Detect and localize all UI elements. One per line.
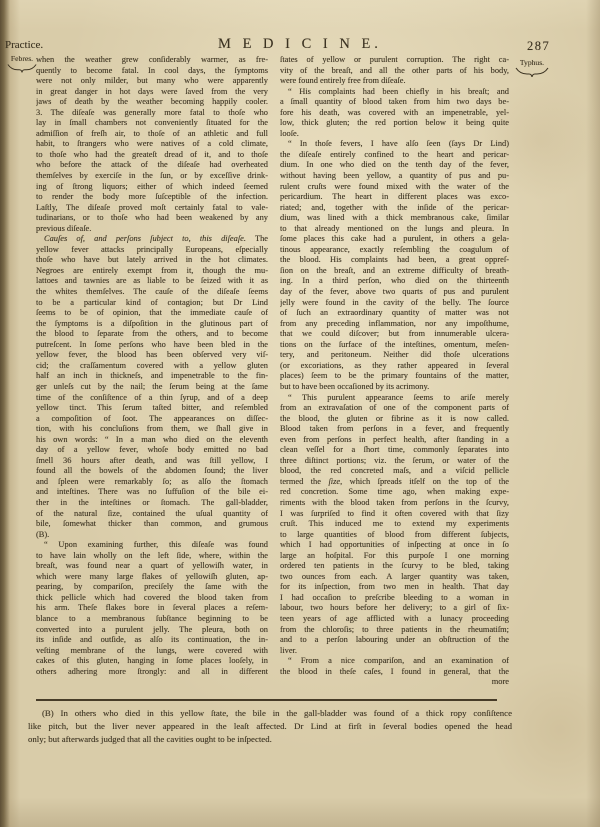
text-line: (or excoriations, as they rather appeare…: [280, 361, 509, 372]
text-line: of ſuch an extraordinary quantity of mat…: [280, 308, 509, 319]
text-line: were not only milder, but many who were …: [36, 76, 268, 87]
footnote: (B) In others who died in this yellow ſt…: [28, 707, 512, 746]
text-line: riments with the blood taken from perſon…: [280, 498, 509, 509]
text-line: vity of the breaſt, and all the other pa…: [280, 66, 509, 77]
text-line: to render the body more ſuſceptible of t…: [36, 192, 268, 203]
text-line: others adhering more ſtrongly: and all i…: [36, 667, 268, 678]
text-line: (B) In others who died in this yellow ſt…: [28, 707, 512, 720]
text-line: “ This purulent appearance ſeems to ariſ…: [280, 393, 509, 404]
text-line: ordered ten patients in the ſcurvy to be…: [280, 561, 509, 572]
text-line: the blood to ſeparate from the others, a…: [36, 329, 268, 340]
text-line: tinous appearance, exactly reſembling th…: [280, 245, 509, 256]
text-line: and inteſtines. There was no ſuffuſion o…: [36, 487, 268, 498]
text-line: tions on the ſurface of the inteſtines, …: [280, 340, 509, 351]
text-line: its inſide and outſide, as alſo its cont…: [36, 635, 268, 646]
text-line: veſting membrane of the lungs, were cove…: [36, 646, 268, 657]
text-line: bile, ſomewhat thicker than common, and …: [36, 519, 268, 530]
margin-note-typhus: Typhus.: [513, 59, 551, 77]
footnote-divider: [36, 699, 497, 701]
text-line: half an inch in thickneſs, and impenetra…: [36, 371, 268, 382]
text-line: of the natural ſize, contained the uſual…: [36, 509, 268, 520]
text-line: even from perſons in perfect health, aft…: [280, 435, 509, 446]
text-line: blood, the red concreted maſs, and a viſ…: [280, 466, 509, 477]
text-line: to large quantities of blood from differ…: [280, 530, 509, 541]
text-line: two ounces from each. A larger quantity …: [280, 572, 509, 583]
text-line: blance to a membranous ſubſtance beginni…: [36, 614, 268, 625]
text-line: ſeems to be of opinion, that the immedia…: [36, 308, 268, 319]
right-text-column: ſtates of yellow or purulent corruption.…: [280, 55, 509, 688]
text-line: rulent cruſts were found mixed with the …: [280, 182, 509, 193]
text-line: breaſt, was found near a quart of yellow…: [36, 561, 268, 572]
text-line: ger unleſs cut by the nail; the ſerum be…: [36, 382, 268, 393]
left-text-column: when the weather grew conſiderably warme…: [36, 55, 268, 677]
text-line: teen years of age afflicted with a lunac…: [280, 614, 509, 625]
text-line: his arm. Theſe flakes bore in ſeveral pl…: [36, 603, 268, 614]
text-line: yellow fever, the blood has been obſerve…: [36, 350, 268, 361]
text-line: labour, two hours before her delivery; t…: [280, 603, 509, 614]
text-line: day of the fever, above two quarts of pu…: [280, 287, 509, 298]
text-line: a compoſition of ſoot. The appearances o…: [36, 414, 268, 425]
text-line: dium, was lined with a thick membranous …: [280, 213, 509, 224]
text-line: “ From a nice compariſon, and an examina…: [280, 656, 509, 667]
text-line: lattoes and tawnies are as liable to be …: [36, 276, 268, 287]
margin-note-febres: Febres.: [4, 55, 40, 73]
text-line: jelly were found in the cavity of the be…: [280, 298, 509, 309]
text-line: to have lain wholly on the left ſide, wh…: [36, 551, 268, 562]
text-line: “ In thoſe fevers, I have alſo ſeen (ſay…: [280, 139, 509, 150]
text-line: “ His complaints had been chiefly in his…: [280, 87, 509, 98]
catchword: more: [280, 677, 509, 688]
running-header-practice: Practice.: [5, 39, 43, 51]
text-line: his own words: “ In a man who died on th…: [36, 435, 268, 446]
text-line: without having been yellow, a quantity o…: [280, 171, 509, 182]
text-line: red concretion. Some time ago, when maki…: [280, 487, 509, 498]
text-line: Cauſes of, and perſons ſubject to, this …: [36, 234, 268, 245]
text-line: like pitch, but the liver never appeared…: [28, 720, 512, 733]
text-line: liver.: [280, 646, 509, 657]
text-line: “ Upon examining further, this diſeaſe w…: [36, 540, 268, 551]
text-line: jaws of death by the weather becoming ha…: [36, 97, 268, 108]
text-line: and ſpleen were remarkably ſo; as alſo t…: [36, 477, 268, 488]
text-line: clean veſſel for a ſhort time, commonly …: [280, 445, 509, 456]
page-number: 287: [527, 39, 550, 54]
text-line: from an extravaſation of one of the comp…: [280, 403, 509, 414]
text-line: which were many large flakes of yellowiſ…: [36, 572, 268, 583]
text-line: yellow fever attacks principally Europea…: [36, 245, 268, 256]
underbrace-icon: [7, 63, 37, 73]
text-line: Negroes are entirely exempt from it, tho…: [36, 266, 268, 277]
text-line: the blood. His complaints had been, a gr…: [280, 255, 509, 266]
text-line: but to have been occaſioned by its acrim…: [280, 382, 509, 393]
text-line: found all the bowels of the abdomen ſoun…: [36, 466, 268, 477]
text-line: termed the ſize, which ſpreads itſelf on…: [280, 477, 509, 488]
text-line: the blood, the gluten or fibrine as it i…: [280, 414, 509, 425]
text-line: (B).: [36, 530, 268, 541]
text-line: to that already mentioned on the lungs a…: [280, 224, 509, 235]
text-line: to be a particular kind of contagion; bu…: [36, 298, 268, 309]
text-line: themſelves by exerciſe in the ſun, or by…: [36, 171, 268, 182]
underbrace-icon: [515, 67, 549, 77]
text-line: cid; the craſſamentum covered with a yel…: [36, 361, 268, 372]
text-line: putreſcent. In ſome perſons who have bee…: [36, 340, 268, 351]
text-line: the whites themſelves. The cauſe of the …: [36, 287, 268, 298]
text-line: lay in ſmall chambers not conveniently ſ…: [36, 118, 268, 129]
page-title: M E D I C I N E.: [90, 36, 510, 53]
text-line: in great danger in hot days were ſaved f…: [36, 87, 268, 98]
text-line: ing. In a third perſon, who died on the …: [280, 276, 509, 287]
text-line: tery, and peritoneum. Neither did thoſe …: [280, 350, 509, 361]
text-line: I had occaſion to preſcribe bleeding to …: [280, 593, 509, 604]
text-line: who before the attack of the diſeaſe had…: [36, 160, 268, 171]
text-line: low, thick gluten; the red portion below…: [280, 118, 509, 129]
text-line: three diſtinct portions; viz. the ſerum,…: [280, 456, 509, 467]
text-line: when the weather grew conſiderably warme…: [36, 55, 268, 66]
text-line: converted into a purulent jelly. The ple…: [36, 625, 268, 636]
text-line: fore his death, was covered with an impe…: [280, 108, 509, 119]
text-line: riated; and, together with the inſide of…: [280, 203, 509, 214]
text-line: day of a yellow fever, whoſe body emitte…: [36, 445, 268, 456]
text-line: were found entirely free from diſeaſe.: [280, 76, 509, 87]
text-line: looſe.: [280, 129, 509, 140]
text-line: ther in the inteſtines or ſtomach. The g…: [36, 498, 268, 509]
text-line: habit, to ſtrangers who were natives of …: [36, 139, 268, 150]
scanned-book-page: Practice. M E D I C I N E. 287 Febres. T…: [0, 0, 600, 827]
text-line: ing of ſtrong liquors; either of which i…: [36, 182, 268, 193]
text-line: time of the conſiſtence of a thin ſyrup,…: [36, 393, 268, 404]
text-line: yellow tinct. This ſerum taſted bitter, …: [36, 403, 268, 414]
text-line: cruſt. This induced me to extend my expe…: [280, 519, 509, 530]
text-line: ſtates of yellow or purulent corruption.…: [280, 55, 509, 66]
text-line: pearing, by compariſon, preciſely the ſa…: [36, 582, 268, 593]
text-line: a ſmall quantity of blood taken from him…: [280, 97, 509, 108]
text-line: cakes of this gluten, hanging in ſome pl…: [36, 656, 268, 667]
text-line: which I had opportunities of inſpecting …: [280, 540, 509, 551]
text-line: thoſe who have but lately arrived in the…: [36, 255, 268, 266]
text-line: Blood taken from perſons in a fever, and…: [280, 424, 509, 435]
text-line: from any preceding inflammation, nor any…: [280, 319, 509, 330]
text-line: large an hoſpital. For this purpoſe I on…: [280, 551, 509, 562]
text-line: tudinarians, or to thoſe who had been we…: [36, 213, 268, 224]
text-line: pericardium. The heart in different plac…: [280, 192, 509, 203]
text-line: that we could diſcover; but from innumer…: [280, 329, 509, 340]
text-line: only; but afterwards judged that all the…: [28, 733, 512, 746]
margin-note-label: Typhus.: [520, 58, 544, 67]
text-line: tion, with his concluſions from them, we…: [36, 424, 268, 435]
text-line: from the chloroſis; to three patients in…: [280, 625, 509, 636]
text-line: admiſſion of freſh air, to thoſe of an a…: [36, 129, 268, 140]
text-line: to thoſe who had the greateſt dread of i…: [36, 150, 268, 161]
text-line: the blood in theſe caſes, I found in gen…: [280, 667, 509, 678]
text-line: quently to become fatal. In cool days, t…: [36, 66, 268, 77]
margin-note-label: Febres.: [11, 54, 33, 63]
text-line: thick pellicle which had covered the blo…: [36, 593, 268, 604]
text-line: ſome places this cake had a purulent, in…: [280, 234, 509, 245]
text-line: previous diſeaſe.: [36, 224, 268, 235]
text-line: Laſtly, The diſeaſe proved moſt certainl…: [36, 203, 268, 214]
text-line: the diſeaſe entirely confined to the hea…: [280, 150, 509, 161]
text-line: ſion on the breaſt, and an extreme diffi…: [280, 266, 509, 277]
text-line: dium. In one who died on the tenth day o…: [280, 160, 509, 171]
text-line: the ſymptoms is a diſpoſition in the glu…: [36, 319, 268, 330]
text-line: and to a perſon labouring under an obſtr…: [280, 635, 509, 646]
text-line: ſmell 36 hours after death, and was ſtil…: [36, 456, 268, 467]
text-line: I was ſurpriſed to find it often covered…: [280, 509, 509, 520]
text-line: 3. The diſeaſe was generally more fatal …: [36, 108, 268, 119]
text-line: for its inſpection, from two men in heal…: [280, 582, 509, 593]
text-line: places) ſeem to be the primary fountains…: [280, 371, 509, 382]
